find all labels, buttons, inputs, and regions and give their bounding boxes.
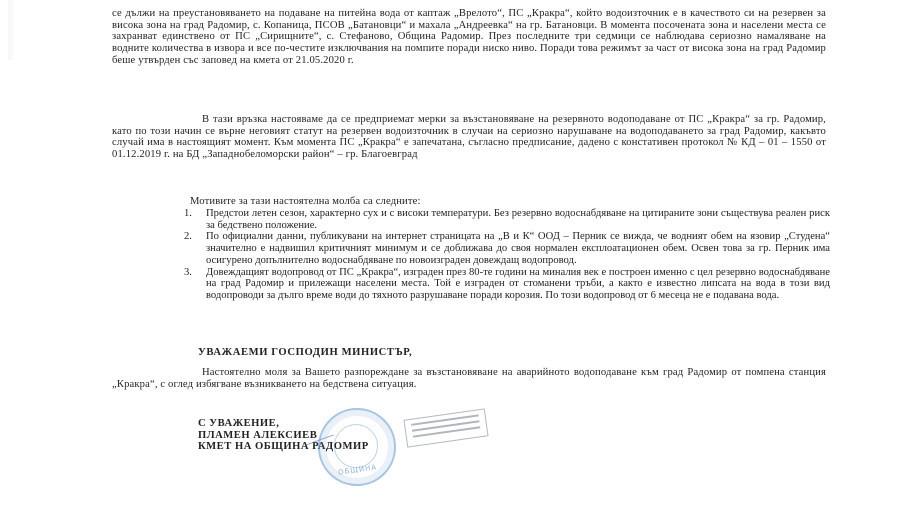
motives-list: 1. Предстои летен сезон, характерно сух … [176, 208, 830, 302]
scanned-document-page: се дължи на преустановяването на подаван… [0, 0, 924, 519]
motive-item: 2. По официални данни, публикувани на ин… [176, 231, 830, 266]
motive-number: 1. [184, 208, 192, 220]
closing-paragraph-text: Настоятелно моля за Вашето разпореждане … [112, 367, 826, 390]
official-stamp-icon: ОБЩИНА [318, 408, 396, 486]
motive-text: Предстои летен сезон, характерно сух и с… [206, 208, 830, 231]
motive-item: 3. Довеждащият водопровод от ПС „Кракра“… [176, 267, 830, 302]
motive-text: По официални данни, публикувани на интер… [206, 231, 830, 265]
registration-stamp-box [403, 408, 488, 447]
motive-item: 1. Предстои летен сезон, характерно сух … [176, 208, 830, 231]
motive-text: Довеждащият водопровод от ПС „Кракра“, и… [206, 267, 830, 301]
paragraph-request-measures: В тази връзка настояваме да се предприем… [112, 114, 826, 161]
salutation: УВАЖАЕМИ ГОСПОДИН МИНИСТЪР, [198, 347, 698, 359]
motive-number: 2. [184, 231, 192, 243]
motives-intro: Мотивите за тази настоятелна молба са сл… [190, 196, 820, 208]
paragraph-request-measures-text: В тази връзка настояваме да се предприем… [112, 114, 826, 161]
stamp-inner-ring [334, 424, 378, 468]
scan-edge-shadow [8, 0, 14, 60]
motive-number: 3. [184, 267, 192, 279]
stamp-text: ОБЩИНА [338, 463, 378, 476]
closing-paragraph: Настоятелно моля за Вашето разпореждане … [112, 367, 826, 390]
paragraph-water-supply-issue: се дължи на преустановяването на подаван… [112, 8, 826, 67]
